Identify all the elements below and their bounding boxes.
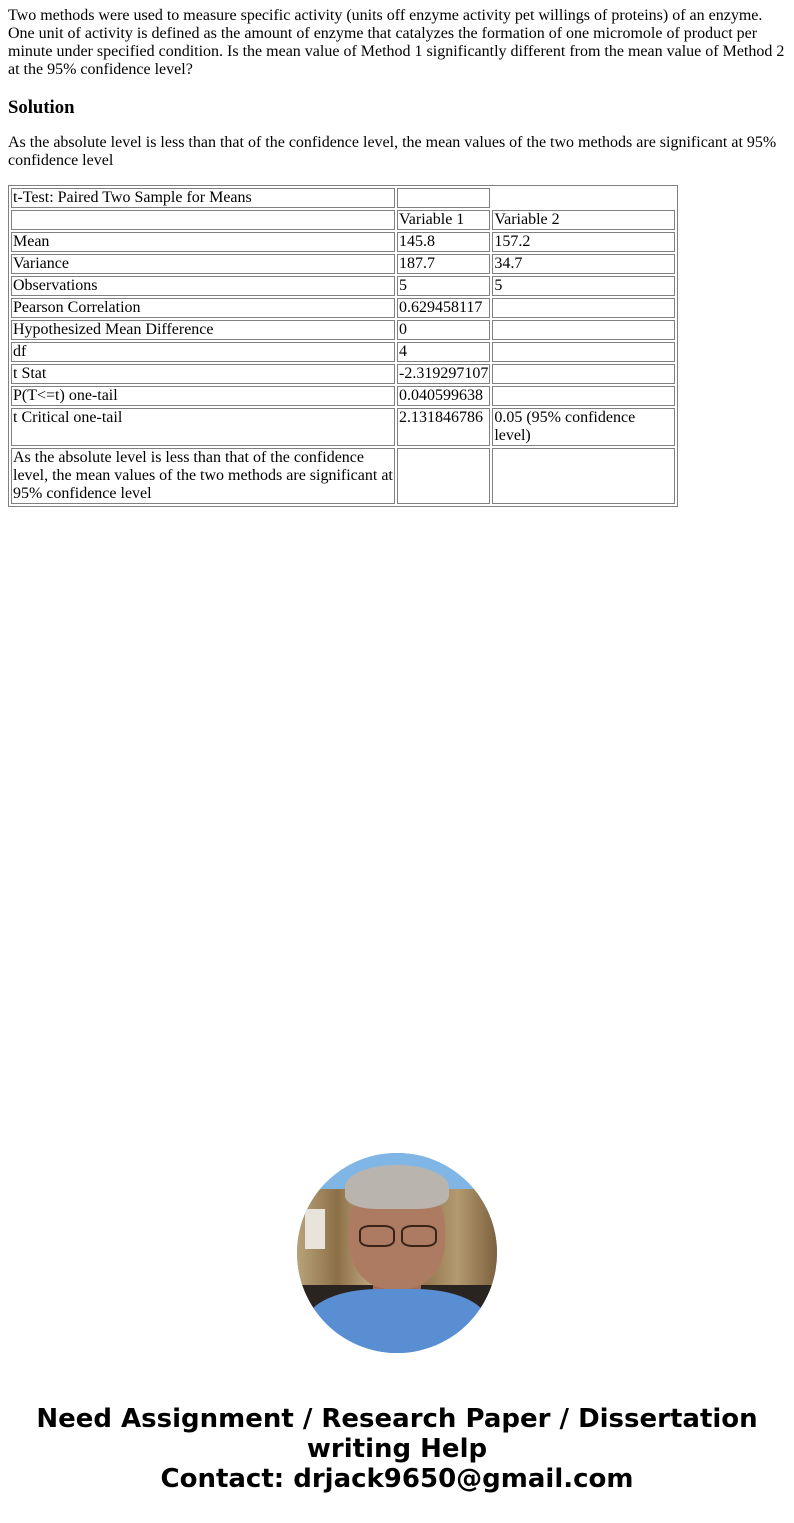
table-header-cell: Variable 1 <box>397 210 490 230</box>
table-cell: 5 <box>492 276 675 296</box>
row-label: t Critical one-tail <box>11 408 395 446</box>
table-cell: 0.629458117 <box>397 298 490 318</box>
table-cell <box>492 320 675 340</box>
table-cell: 34.7 <box>492 254 675 274</box>
table-row: Mean 145.8 157.2 <box>11 232 675 252</box>
table-cell <box>492 298 675 318</box>
row-label: Variance <box>11 254 395 274</box>
table-note-row: As the absolute level is less than that … <box>11 448 675 504</box>
table-cell: 145.8 <box>397 232 490 252</box>
row-label: P(T<=t) one-tail <box>11 386 395 406</box>
table-cell: 4 <box>397 342 490 362</box>
row-label: Mean <box>11 232 395 252</box>
promo-line-1: Need Assignment / Research Paper / Disse… <box>0 1404 794 1434</box>
table-cell: 0.05 (95% confidence level) <box>492 408 675 446</box>
table-header-cell: Variable 2 <box>492 210 675 230</box>
table-cell: -2.319297107 <box>397 364 490 384</box>
table-row: t Critical one-tail 2.131846786 0.05 (95… <box>11 408 675 446</box>
table-row: P(T<=t) one-tail 0.040599638 <box>11 386 675 406</box>
table-cell: 157.2 <box>492 232 675 252</box>
table-row: df 4 <box>11 342 675 362</box>
table-header-cell <box>11 210 395 230</box>
solution-heading: Solution <box>8 97 786 119</box>
question-text: Two methods were used to measure specifi… <box>8 7 786 79</box>
promo-contact: Contact: drjack9650@gmail.com <box>0 1464 794 1494</box>
table-cell <box>492 386 675 406</box>
table-cell <box>492 342 675 362</box>
row-label: df <box>11 342 395 362</box>
table-cell <box>492 448 675 504</box>
table-row: Pearson Correlation 0.629458117 <box>11 298 675 318</box>
table-row: Observations 5 5 <box>11 276 675 296</box>
promo-line-2: writing Help <box>0 1434 794 1464</box>
table-cell: 187.7 <box>397 254 490 274</box>
row-label: Observations <box>11 276 395 296</box>
t-test-table: t-Test: Paired Two Sample for Means Vari… <box>8 185 678 507</box>
row-label: t Stat <box>11 364 395 384</box>
row-label: Hypothesized Mean Difference <box>11 320 395 340</box>
table-row: t Stat -2.319297107 <box>11 364 675 384</box>
table-row: Hypothesized Mean Difference 0 <box>11 320 675 340</box>
promo-banner: Need Assignment / Research Paper / Disse… <box>0 1404 794 1494</box>
row-label: Pearson Correlation <box>11 298 395 318</box>
document-body: Two methods were used to measure specifi… <box>0 7 794 507</box>
answer-text: As the absolute level is less than that … <box>8 134 786 170</box>
table-note: As the absolute level is less than that … <box>11 448 395 504</box>
table-title-row: t-Test: Paired Two Sample for Means <box>11 188 675 208</box>
table-cell: 2.131846786 <box>397 408 490 446</box>
table-cell: 5 <box>397 276 490 296</box>
table-cell <box>397 448 490 504</box>
table-title: t-Test: Paired Two Sample for Means <box>11 188 395 208</box>
table-row: Variance 187.7 34.7 <box>11 254 675 274</box>
author-avatar <box>297 1153 497 1353</box>
table-cell: 0.040599638 <box>397 386 490 406</box>
table-header-row: Variable 1 Variable 2 <box>11 210 675 230</box>
table-cell <box>397 188 490 208</box>
table-cell: 0 <box>397 320 490 340</box>
table-cell <box>492 364 675 384</box>
